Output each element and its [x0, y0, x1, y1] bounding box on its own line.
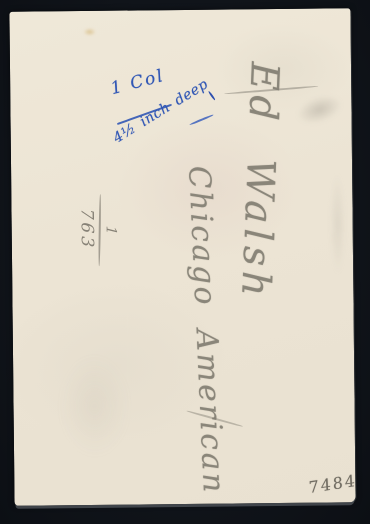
- fraction-numerator: 1: [102, 192, 119, 269]
- photo-backdrop: 1 Col 4½ inch deep Ed Walsh Chicago Amer…: [0, 0, 370, 524]
- pencil-negative-fraction: 1 763: [72, 191, 119, 270]
- paper-stain: [49, 340, 140, 471]
- pencil-smudge: [327, 158, 348, 288]
- fraction-denominator: 763: [77, 191, 98, 268]
- pencil-catalog-number: 7484: [308, 471, 355, 497]
- fraction-bar-stroke: [98, 194, 101, 266]
- paper-stain: [82, 27, 98, 37]
- photo-card-back: 1 Col 4½ inch deep Ed Walsh Chicago Amer…: [9, 8, 355, 506]
